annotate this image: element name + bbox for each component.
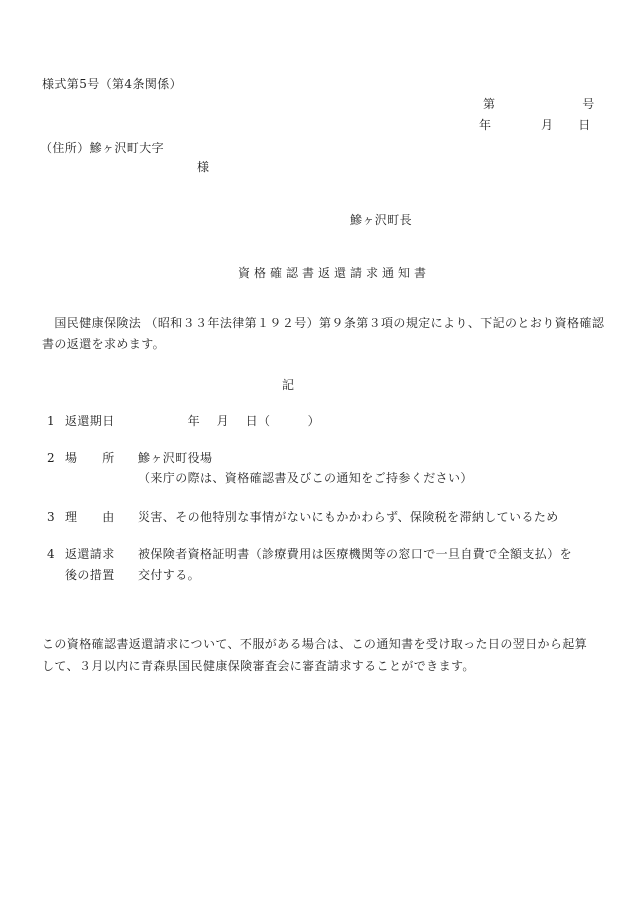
list-item-1: 1 返還期日 年 月 日（ ） [0, 413, 630, 429]
form-number-label: 様式第5号（第4条関係） [42, 76, 182, 92]
list-item-4-continuation: 後の措置 交付する。 [0, 567, 630, 583]
body-paragraph-line-2: 書の返還を求めます。 [42, 336, 165, 352]
item-value: 鰺ヶ沢町役場 [138, 450, 212, 466]
doc-number-line: 第 号 [483, 96, 595, 112]
item-value: 災害、その他特別な事情がないにもかかわらず、保険税を滞納しているため [138, 509, 559, 525]
addressee-suffix: 様 [197, 159, 209, 175]
list-item-2: 2 場 所 鰺ヶ沢町役場 [0, 450, 630, 466]
ki-marker: 記 [282, 377, 294, 393]
item-value: 年 月 日（ ） [138, 413, 320, 429]
item-label-line-2: 後の措置 [65, 567, 115, 583]
list-item-4: 4 返還請求 被保険者資格証明書（診療費用は医療機関等の窓口で一旦自費で全額支払… [0, 546, 630, 562]
list-item-3: 3 理 由 災害、その他特別な事情がないにもかかわらず、保険税を滞納しているため [0, 509, 630, 525]
item-label: 返還請求 [65, 546, 115, 562]
date-line: 年 月 日 [479, 117, 591, 133]
list-item-2-continuation: （来庁の際は、資格確認書及びこの通知をご持参ください） [0, 470, 630, 486]
item-number: 2 [47, 450, 55, 466]
item-number: 3 [47, 509, 55, 525]
appeal-paragraph-line-2: して、３月以内に青森県国民健康保険審査会に審査請求することができます。 [42, 658, 475, 674]
item-number: 1 [47, 413, 55, 429]
body-paragraph-line-1: 国民健康保険法 （昭和３３年法律第１９２号）第９条第３項の規定により、下記のとお… [42, 315, 604, 331]
appeal-paragraph-line-1: この資格確認書返還請求について、不服がある場合は、この通知書を受け取った日の翌日… [42, 636, 587, 652]
item-value-note: （来庁の際は、資格確認書及びこの通知をご持参ください） [138, 470, 473, 486]
sender-name: 鰺ヶ沢町長 [350, 212, 412, 228]
item-label: 返還期日 [65, 413, 115, 429]
item-value-line-2: 交付する。 [138, 567, 200, 583]
item-label: 理 由 [65, 509, 115, 525]
item-number: 4 [47, 546, 55, 562]
item-label: 場 所 [65, 450, 115, 466]
document-title: 資格確認書返還請求通知書 [238, 265, 430, 281]
address-line: （住所）鰺ヶ沢町大字 [40, 140, 164, 156]
document-page: 様式第5号（第4条関係） 第 号 年 月 日 （住所）鰺ヶ沢町大字 様 鰺ヶ沢町… [0, 0, 630, 903]
item-value: 被保険者資格証明書（診療費用は医療機関等の窓口で一旦自費で全額支払）を [138, 546, 572, 562]
